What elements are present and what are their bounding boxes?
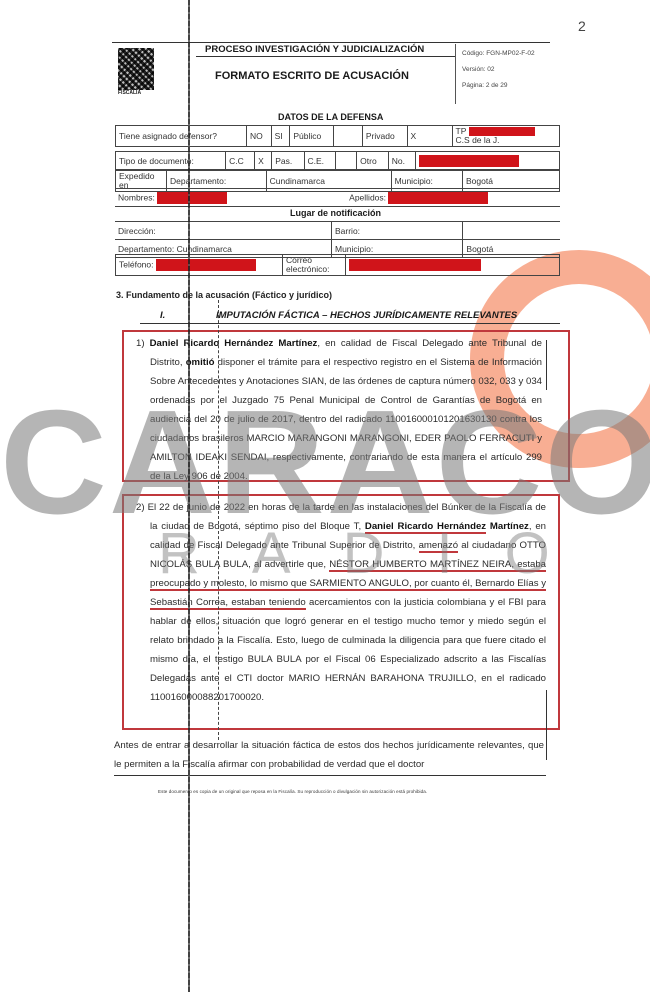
subheading-number: I. (160, 310, 165, 321)
process-title: PROCESO INVESTIGACIÓN Y JUDICIALIZACIÓN (205, 44, 424, 55)
subheading-rule (140, 323, 560, 324)
notification-row-contact: Teléfono: Correo electrónico: (116, 255, 560, 276)
private-value: X (407, 126, 452, 147)
scan-artifact-mark (546, 690, 547, 760)
document-title: FORMATO ESCRITO DE ACUSACIÓN (215, 70, 409, 82)
meta-divider (455, 44, 456, 104)
phone-label: Teléfono: (119, 259, 154, 269)
document-type-table: Tipo de documento: C.C X Pas. C.E. Otro … (115, 151, 560, 170)
defense-section-title: DATOS DE LA DEFENSA (278, 112, 383, 122)
notification-table: Dirección: Barrio: Departamento: Cundina… (115, 221, 560, 258)
document-code: Código: FGN-MP02-F-02 (462, 50, 535, 57)
defense-row-assigned: Tiene asignado defensor? NO SI Público P… (116, 126, 560, 147)
no-option: NO (246, 126, 271, 147)
public-value (333, 126, 362, 147)
document-page: Página: 2 de 29 (462, 82, 508, 89)
defense-row-names: Nombres: Apellidos: (115, 189, 560, 207)
fact-1-number: 1) (136, 338, 145, 349)
public-label: Público (290, 126, 334, 147)
document-number-redaction (419, 155, 519, 167)
header-divider (196, 56, 456, 57)
email-value (346, 255, 560, 276)
address-label: Dirección: (115, 222, 332, 240)
surnames-redaction (388, 192, 488, 204)
scan-fold-line (188, 0, 190, 992)
notification-section-title: Lugar de notificación (290, 208, 381, 218)
private-label: Privado (362, 126, 407, 147)
doc-type-label: Tipo de documento: (116, 152, 226, 170)
names-table: Nombres: Apellidos: (115, 188, 560, 207)
email-label: Correo electrónico: (283, 255, 346, 276)
surnames-label: Apellidos: (349, 192, 386, 202)
notification-department-label: Departamento: (118, 244, 174, 254)
fact-1-verb: omitió (186, 357, 215, 368)
number-label: No. (388, 152, 415, 170)
cc-option: C.C (226, 152, 255, 170)
names-label: Nombres: (118, 192, 155, 202)
accusation-subheading: IMPUTACIÓN FÁCTICA – HECHOS JURÍDICAMENT… (216, 310, 517, 321)
surnames-cell: Apellidos: (265, 189, 560, 207)
defense-row-doc-type: Tipo de documento: C.C X Pas. C.E. Otro … (116, 152, 560, 170)
names-redaction (157, 192, 227, 204)
footer-note: Este documento es copia de un original q… (158, 789, 427, 794)
scan-artifact-line (218, 300, 220, 740)
scan-artifact-mark (546, 340, 547, 390)
closing-paragraph: Antes de entrar a desarrollar la situaci… (114, 736, 544, 774)
phone-redaction (156, 259, 256, 271)
names-cell: Nombres: (115, 189, 265, 207)
ce-option: C.E. (304, 152, 336, 170)
csj-label: C.S de la J. (456, 135, 500, 145)
fiscalia-logo-icon (118, 48, 154, 90)
tp-cell: TP C.S de la J. (452, 126, 559, 147)
watermark-sub: RADIO (158, 520, 602, 587)
accusation-heading: 3. Fundamento de la acusación (Fáctico y… (116, 290, 332, 300)
number-value (416, 152, 560, 170)
assigned-label: Tiene asignado defensor? (116, 126, 247, 147)
email-redaction (349, 259, 481, 271)
si-option: SI (271, 126, 290, 147)
document-version: Versión: 02 (462, 66, 495, 73)
cc-mark: X (255, 152, 272, 170)
defense-table: Tiene asignado defensor? NO SI Público P… (115, 125, 560, 147)
closing-rule (114, 775, 546, 776)
contact-table: Teléfono: Correo electrónico: (115, 254, 560, 276)
notification-row-address: Dirección: Barrio: (115, 222, 560, 240)
pas-option: Pas. (272, 152, 304, 170)
logo-caption: FISCALÍA (118, 90, 141, 96)
fact-1-accused-name: Daniel Ricardo Hernández Martínez (150, 338, 318, 349)
fact-2-text-part: acercamientos con la justicia colombiana… (150, 597, 546, 703)
handwritten-page-mark: 2 (578, 18, 586, 34)
phone-cell: Teléfono: (116, 255, 283, 276)
otro-option: Otro (357, 152, 389, 170)
neighborhood-label: Barrio: (332, 222, 463, 240)
notification-department-value: Cundinamarca (177, 244, 232, 254)
